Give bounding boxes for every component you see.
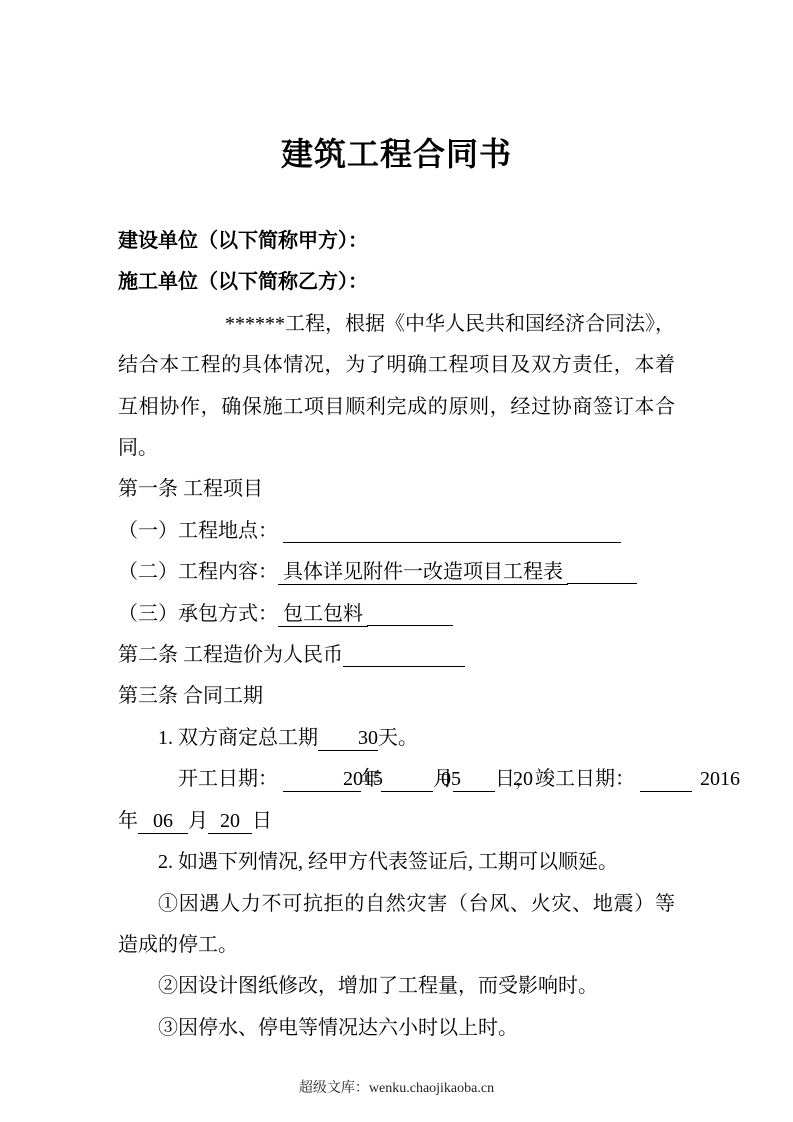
- location-blank-line: [283, 542, 621, 543]
- day-unit-2: 日: [252, 810, 272, 832]
- article1-item-content: （二）工程内容：具体详见附件一改造项目工程表: [118, 552, 675, 593]
- schedule-line-1: 开工日期： 2015年05月20日，竣工日期： 2016: [118, 759, 675, 800]
- month-unit-2: 月: [188, 810, 208, 832]
- month-unit: 月: [433, 768, 453, 790]
- duration-prefix: 1. 双方商定总工期: [158, 727, 318, 749]
- article3-heading: 第三条 合同工期: [118, 676, 675, 717]
- article2-heading: 第二条 工程造价为人民币: [118, 644, 343, 666]
- start-month-value: 05: [381, 767, 433, 792]
- content-fill-value: 具体详见附件一改造项目工程表: [278, 560, 568, 585]
- article1-heading: 第一条 工程项目: [118, 469, 675, 510]
- end-date-label: 日，竣工日期：: [495, 768, 635, 790]
- location-label: （一）工程地点：: [118, 520, 278, 542]
- document-title: 建筑工程合同书: [0, 0, 793, 177]
- duration-clause: 1. 双方商定总工期30天。: [118, 718, 675, 759]
- duration-suffix: 天。: [378, 727, 418, 749]
- duration-days-value: 30: [318, 726, 378, 751]
- start-day-value: 20: [453, 767, 495, 792]
- footer-watermark: 超级文库：wenku.chaojikaoba.cn: [0, 1079, 793, 1099]
- document-body: 建设单位（以下简称甲方）： 施工单位（以下简称乙方）： ******工程，根据《…: [0, 221, 793, 1049]
- subclause-2: ②因设计图纸修改，增加了工程量，而受影响时。: [118, 966, 675, 1007]
- content-label: （二）工程内容：: [118, 561, 278, 583]
- start-year-value: 2015: [283, 767, 361, 792]
- schedule-line-2: 年06月20日: [118, 801, 675, 842]
- article1-item-location: （一）工程地点：: [118, 511, 675, 552]
- extension-clause: 2. 如遇下列情况, 经甲方代表签证后, 工期可以顺延。: [118, 842, 675, 883]
- article2-line: 第二条 工程造价为人民币: [118, 635, 675, 676]
- party-b-line: 施工单位（以下简称乙方）：: [118, 262, 675, 303]
- method-blank-extension: [367, 625, 453, 626]
- subclause-1: ①因遇人力不可抗拒的自然灾害（台风、火灾、地震）等造成的停工。: [118, 884, 675, 967]
- content-blank-extension: [567, 583, 637, 584]
- end-month-value: 06: [138, 809, 188, 834]
- end-day-value: 20: [208, 809, 252, 834]
- method-label: （三）承包方式：: [118, 603, 278, 625]
- party-a-line: 建设单位（以下简称甲方）：: [118, 221, 675, 262]
- subclause-3: ③因停水、停电等情况达六小时以上时。: [118, 1008, 675, 1049]
- year-unit: 年: [361, 768, 381, 790]
- intro-paragraph: ******工程，根据《中华人民共和国经济合同法》，结合本工程的具体情况，为了明…: [118, 304, 675, 470]
- price-blank-line: [343, 666, 465, 667]
- contract-document-page: 建筑工程合同书 建设单位（以下简称甲方）： 施工单位（以下简称乙方）： ****…: [0, 0, 793, 1122]
- year-unit-2: 年: [118, 810, 138, 832]
- article1-item-method: （三）承包方式：包工包料: [118, 594, 675, 635]
- start-date-label: 开工日期：: [178, 768, 278, 790]
- method-fill-value: 包工包料: [278, 602, 368, 627]
- end-year-value: 2016: [640, 767, 692, 792]
